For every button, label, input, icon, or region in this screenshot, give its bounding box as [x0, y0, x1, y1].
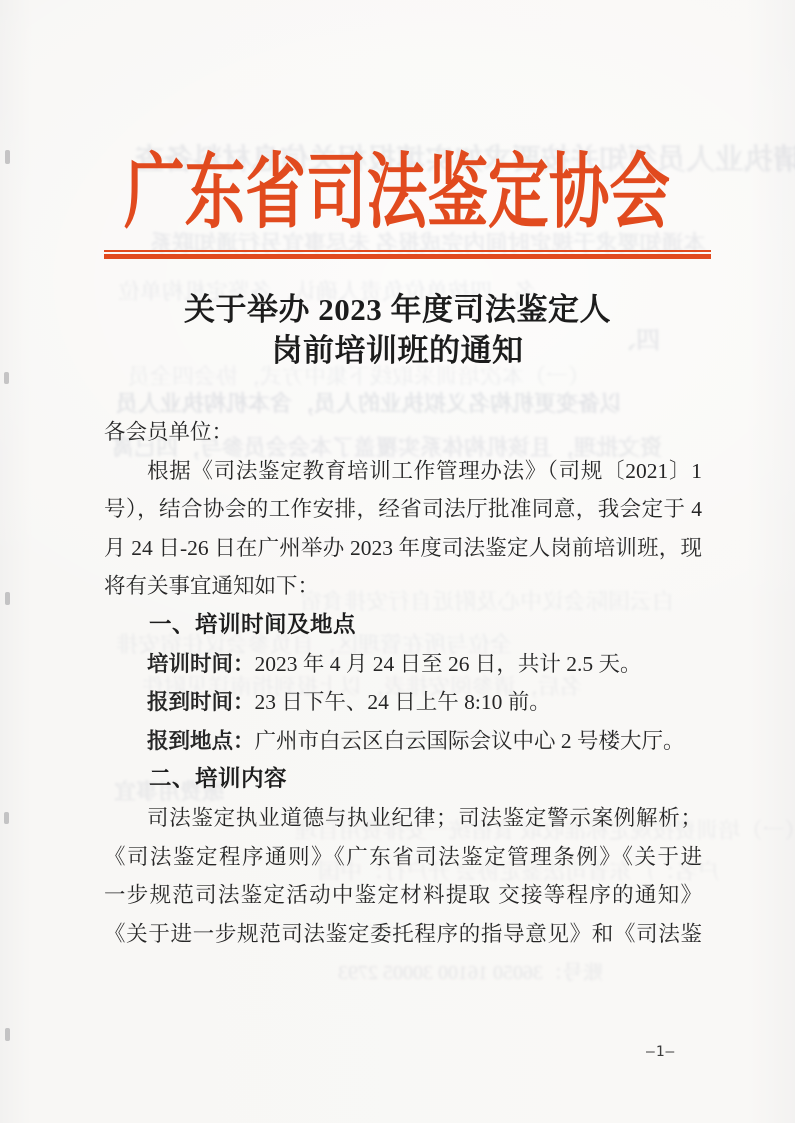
- section2-heading: 二、培训内容: [104, 760, 702, 799]
- section1-heading: 一、培训时间及地点: [104, 606, 702, 645]
- checkin-time-line: 报到时间：23 日下午、24 日上午 8:10 前。: [104, 683, 702, 722]
- document-title-line1: 关于举办 2023 年度司法鉴定人: [0, 289, 795, 330]
- scan-edge-mark: [4, 812, 9, 824]
- scan-edge-mark: [5, 592, 10, 605]
- letterhead-org-name-text: 广东省司法鉴定协会: [124, 152, 670, 234]
- document-body: 各会员单位： 根据《司法鉴定教育培训工作管理办法》（司规〔2021〕1 号），结…: [104, 413, 702, 953]
- salutation: 各会员单位：: [104, 413, 702, 452]
- paragraph1-line: 根据《司法鉴定教育培训工作管理办法》（司规〔2021〕1: [104, 452, 702, 491]
- letterhead-rule-thin: [104, 250, 711, 252]
- scan-edge-mark: [5, 1028, 10, 1041]
- letterhead-rule-thick: [104, 254, 711, 259]
- document-title-line2: 岗前培训班的通知: [0, 330, 795, 371]
- training-time-line: 培训时间：2023 年 4 月 24 日至 26 日，共计 2.5 天。: [104, 645, 702, 684]
- bleedthrough-text: 以备变更机构名义拟执业的人员，含本机构执业人员: [116, 393, 622, 415]
- section2-line: 司法鉴定执业道德与执业纪律；司法鉴定警示案例解析；: [104, 799, 702, 838]
- checkin-time-label: 报到时间：: [147, 690, 255, 714]
- letterhead-org-name: 广东省司法鉴定协会: [0, 152, 795, 234]
- training-time-value: 2023 年 4 月 24 日至 26 日，共计 2.5 天。: [255, 652, 642, 676]
- training-time-label: 培训时间：: [147, 652, 255, 676]
- section2-line: 《关于进一步规范司法鉴定委托程序的指导意见》和《司法鉴: [104, 915, 702, 954]
- document-title: 关于举办 2023 年度司法鉴定人 岗前培训班的通知: [0, 289, 795, 371]
- bleedthrough-text: 账号：36050 16100 30005 2793: [338, 963, 603, 983]
- section2-line: 《司法鉴定程序通则》《广东省司法鉴定管理条例》《关于进: [104, 838, 702, 877]
- checkin-time-value: 23 日下午、24 日上午 8:10 前。: [255, 690, 551, 714]
- scan-edge-mark: [4, 372, 9, 384]
- page-number: —1—: [646, 1044, 675, 1060]
- paragraph1-line: 将有关事宜通知如下：: [104, 567, 702, 606]
- checkin-place-line: 报到地点：广州市白云区白云国际会议中心 2 号楼大厅。: [104, 722, 702, 761]
- paragraph1-line: 月 24 日-26 日在广州举办 2023 年度司法鉴定人岗前培训班，现: [104, 529, 702, 568]
- checkin-place-label: 报到地点：: [147, 729, 255, 753]
- scanned-notice-page: 民申请执业人员须知并按要求如实填报相关信息材料备查本通知要求于规定时间内完成报名…: [0, 0, 795, 1123]
- checkin-place-value: 广州市白云区白云国际会议中心 2 号楼大厅。: [255, 729, 685, 753]
- paragraph1-line: 号），结合协会的工作安排，经省司法厅批准同意，我会定于 4: [104, 490, 702, 529]
- section2-line: 一步规范司法鉴定活动中鉴定材料提取 交接等程序的通知》: [104, 876, 702, 915]
